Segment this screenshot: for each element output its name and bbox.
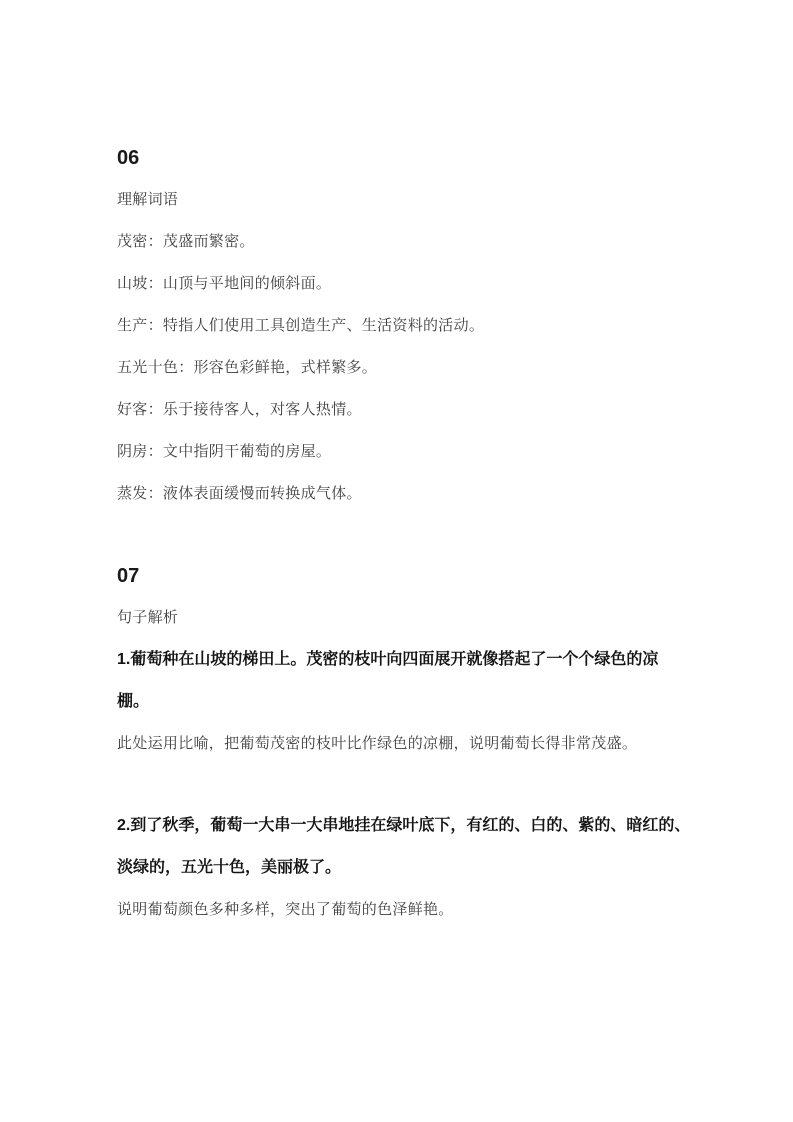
section-title-sentence-analysis: 句子解析 (117, 597, 737, 639)
sentence-2-line-2: 淡绿的，五光十色，美丽极了。 (117, 847, 737, 889)
word-definition-haoke: 好客：乐于接待客人，对客人热情。 (117, 389, 737, 431)
sentence-1-explanation: 此处运用比喻，把葡萄茂密的枝叶比作绿色的凉棚，说明葡萄长得非常茂盛。 (117, 723, 737, 765)
word-definition-zhengfa: 蒸发：液体表面缓慢而转换成气体。 (117, 473, 737, 515)
document-page: 06 理解词语 茂密：茂盛而繁密。 山坡：山顶与平地间的倾斜面。 生产：特指人们… (0, 0, 793, 1122)
document-content: 06 理解词语 茂密：茂盛而繁密。 山坡：山顶与平地间的倾斜面。 生产：特指人们… (117, 137, 737, 931)
section-number-06: 06 (117, 137, 737, 179)
word-definition-shengchan: 生产：特指人们使用工具创造生产、生活资料的活动。 (117, 305, 737, 347)
sentence-1-line-2: 棚。 (117, 681, 737, 723)
word-definition-wuguangshise: 五光十色：形容色彩鲜艳，式样繁多。 (117, 347, 737, 389)
section-number-07: 07 (117, 555, 737, 597)
section-title-word-comprehension: 理解词语 (117, 179, 737, 221)
word-definition-yinfang: 阴房：文中指阴干葡萄的房屋。 (117, 431, 737, 473)
sentence-2-explanation: 说明葡萄颜色多种多样，突出了葡萄的色泽鲜艳。 (117, 889, 737, 931)
word-definition-maomi: 茂密：茂盛而繁密。 (117, 221, 737, 263)
sentence-1-line-1: 1.葡萄种在山坡的梯田上。茂密的枝叶向四面展开就像搭起了一个个绿色的凉 (117, 639, 737, 681)
word-definition-shanpo: 山坡：山顶与平地间的倾斜面。 (117, 263, 737, 305)
sentence-2-line-1: 2.到了秋季，葡萄一大串一大串地挂在绿叶底下，有红的、白的、紫的、暗红的、 (117, 805, 737, 847)
